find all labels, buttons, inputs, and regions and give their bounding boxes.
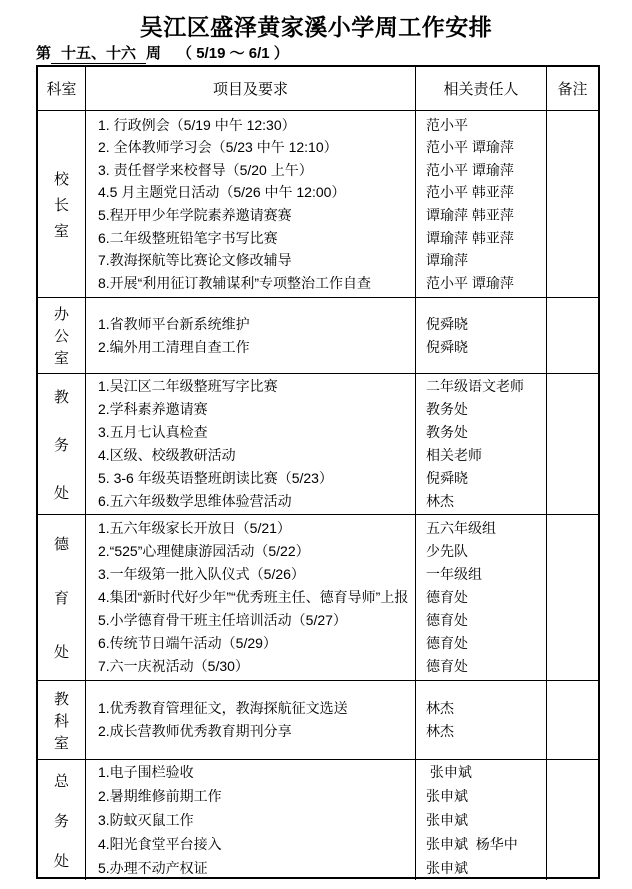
task-item: 2.“525”心理健康游园活动（5/22） [98,540,415,563]
task-item: 4.5 月主题党日活动（5/26 中午 12:00） [98,181,415,204]
dept-char: 室 [54,220,69,241]
person-item: 范小平 [426,114,546,137]
dept-cell: 教务处 [38,374,85,514]
tasks-cell: 1. 行政例会（5/19 中午 12:30）2. 全体教师学习会（5/23 中午… [85,111,415,297]
week-prefix: 第 [36,45,51,62]
person-item: 林杰 [426,490,546,513]
table-header-row: 科室项目及要求相关责任人备注 [38,67,598,110]
task-item: 8.开展“利用征订教辅谋利”专项整治工作自查 [98,272,415,295]
task-item: 2. 全体教师学习会（5/23 中午 12:10） [98,136,415,159]
dept-char: 公 [54,325,69,346]
person-item: 德育处 [426,609,546,632]
person-item: 德育处 [426,655,546,678]
person-item: 范小平 谭瑜萍 [426,136,546,159]
task-item: 3. 责任督学来校督导（5/20 上午） [98,159,415,182]
page-title: 吴江区盛泽黄家溪小学周工作安排 [0,9,632,42]
person-item: 倪舜晓 [426,467,546,490]
task-item: 2.编外用工清理自查工作 [98,336,415,359]
dept-char: 处 [54,850,69,871]
task-item: 2.学科素养邀请赛 [98,398,415,421]
task-item: 6.传统节日端午活动（5/29） [98,632,415,655]
dept-char: 办 [54,303,69,324]
dept-cell: 办公室 [38,298,85,373]
dept-cell: 德育处 [38,515,85,680]
person-item: 一年级组 [426,563,546,586]
note-cell [546,760,598,880]
task-item: 4.区级、校级教研活动 [98,444,415,467]
table-row: 办公室1.省教师平台新系统维护2.编外用工清理自查工作倪舜晓倪舜晓 [38,297,598,373]
person-item: 五六年级组 [426,517,546,540]
dept-char: 室 [54,347,69,368]
dept-cell: 教科室 [38,681,85,759]
table-row: 教务处1.吴江区二年级整班写字比赛2.学科素养邀请赛3.五月七认真检查4.区级、… [38,373,598,514]
persons-cell: 倪舜晓倪舜晓 [415,298,546,373]
week-subtitle: 第十五、十六周（ 5/19 ～ 6/1 ） [36,42,289,64]
tasks-cell: 1.优秀教育管理征文，教海探航征文选送2.成长营教师优秀教育期刊分享 [85,681,415,759]
task-item: 6.二年级整班铅笔字书写比赛 [98,227,415,250]
dept-cell: 校长室 [38,111,85,297]
person-item: 德育处 [426,586,546,609]
persons-cell: 张申斌张申斌张申斌张申斌 杨华中张申斌 [415,760,546,880]
person-item: 教务处 [426,398,546,421]
task-item: 1.电子围栏验收 [98,760,415,784]
task-item: 1.省教师平台新系统维护 [98,313,415,336]
dept-char: 科 [54,710,69,731]
tasks-cell: 1.吴江区二年级整班写字比赛2.学科素养邀请赛3.五月七认真检查4.区级、校级教… [85,374,415,514]
note-cell [546,111,598,297]
person-item: 谭瑜萍 韩亚萍 [426,227,546,250]
task-item: 3.五月七认真检查 [98,421,415,444]
person-item: 德育处 [426,632,546,655]
person-item: 范小平 韩亚萍 [426,181,546,204]
person-item: 范小平 谭瑜萍 [426,272,546,295]
note-cell [546,515,598,680]
dept-char: 总 [54,770,69,791]
person-item: 谭瑜萍 [426,249,546,272]
dept-char: 教 [54,386,69,407]
person-item: 张申斌 [426,784,546,808]
dept-char: 校 [54,168,69,189]
note-cell [546,374,598,514]
persons-cell: 范小平范小平 谭瑜萍范小平 谭瑜萍范小平 韩亚萍谭瑜萍 韩亚萍谭瑜萍 韩亚萍谭瑜… [415,111,546,297]
dept-char: 务 [54,810,69,831]
table-row: 总务处1.电子围栏验收2.暑期维修前期工作3.防蚊灭鼠工作4.阳光食堂平台接入5… [38,759,598,877]
task-item: 2.成长营教师优秀教育期刊分享 [98,720,415,743]
task-item: 7.六一庆祝活动（5/30） [98,655,415,678]
dept-char: 育 [54,587,69,608]
task-item: 3.防蚊灭鼠工作 [98,808,415,832]
task-item: 1. 行政例会（5/19 中午 12:30） [98,114,415,137]
person-item: 张申斌 杨华中 [426,832,546,856]
person-item: 林杰 [426,720,546,743]
person-item: 谭瑜萍 韩亚萍 [426,204,546,227]
task-item: 2.暑期维修前期工作 [98,784,415,808]
person-item: 张申斌 [426,808,546,832]
persons-cell: 林杰林杰 [415,681,546,759]
task-item: 1.五六年级家长开放日（5/21） [98,517,415,540]
date-range: （ 5/19 ～ 6/1 ） [177,45,289,62]
dept-char: 处 [54,482,69,503]
dept-char: 室 [54,732,69,753]
person-item: 张申斌 [426,760,546,784]
task-item: 1.优秀教育管理征文，教海探航征文选送 [98,697,415,720]
dept-char: 教 [54,688,69,709]
note-cell [546,298,598,373]
note-cell [546,681,598,759]
person-item: 相关老师 [426,444,546,467]
header-cell-persons: 相关责任人 [415,67,546,110]
task-item: 5.程开甲少年学院素养邀请赛赛 [98,204,415,227]
person-item: 教务处 [426,421,546,444]
table-row: 德育处1.五六年级家长开放日（5/21）2.“525”心理健康游园活动（5/22… [38,514,598,680]
task-item: 5.小学德育骨干班主任培训活动（5/27） [98,609,415,632]
tasks-cell: 1.电子围栏验收2.暑期维修前期工作3.防蚊灭鼠工作4.阳光食堂平台接入5.办理… [85,760,415,880]
task-item: 4.阳光食堂平台接入 [98,832,415,856]
dept-char: 处 [54,641,69,662]
table-row: 校长室1. 行政例会（5/19 中午 12:30）2. 全体教师学习会（5/23… [38,110,598,297]
task-item: 6.五六年级数学思维体验营活动 [98,490,415,513]
persons-cell: 二年级语文老师教务处教务处相关老师倪舜晓林杰 [415,374,546,514]
task-item: 7.教海探航等比赛论文修改辅导 [98,249,415,272]
dept-char: 务 [54,434,69,455]
person-item: 林杰 [426,697,546,720]
dept-char: 长 [54,194,69,215]
task-item: 4.集团“新时代好少年”“优秀班主任、德育导师”上报 [98,586,415,609]
table-row: 教科室1.优秀教育管理征文，教海探航征文选送2.成长营教师优秀教育期刊分享林杰林… [38,680,598,759]
week-numbers: 十五、十六 [51,42,146,64]
tasks-cell: 1.省教师平台新系统维护2.编外用工清理自查工作 [85,298,415,373]
person-item: 二年级语文老师 [426,375,546,398]
person-item: 张申斌 [426,856,546,880]
tasks-cell: 1.五六年级家长开放日（5/21）2.“525”心理健康游园活动（5/22）3.… [85,515,415,680]
task-item: 5. 3-6 年级英语整班朗读比赛（5/23） [98,467,415,490]
header-cell-note: 备注 [546,67,598,110]
person-item: 少先队 [426,540,546,563]
header-cell-tasks: 项目及要求 [85,67,415,110]
week-suffix: 周 [146,45,161,62]
person-item: 范小平 谭瑜萍 [426,159,546,182]
dept-cell: 总务处 [38,760,85,880]
person-item: 倪舜晓 [426,336,546,359]
persons-cell: 五六年级组少先队一年级组德育处德育处德育处德育处 [415,515,546,680]
dept-char: 德 [54,533,69,554]
schedule-table: 科室项目及要求相关责任人备注校长室1. 行政例会（5/19 中午 12:30）2… [36,65,600,879]
task-item: 3.一年级第一批入队仪式（5/26） [98,563,415,586]
document-page: 吴江区盛泽黄家溪小学周工作安排 第十五、十六周（ 5/19 ～ 6/1 ） 科室… [0,0,632,889]
task-item: 5.办理不动产权证 [98,856,415,880]
task-item: 1.吴江区二年级整班写字比赛 [98,375,415,398]
header-cell-dept: 科室 [38,67,85,110]
person-item: 倪舜晓 [426,313,546,336]
